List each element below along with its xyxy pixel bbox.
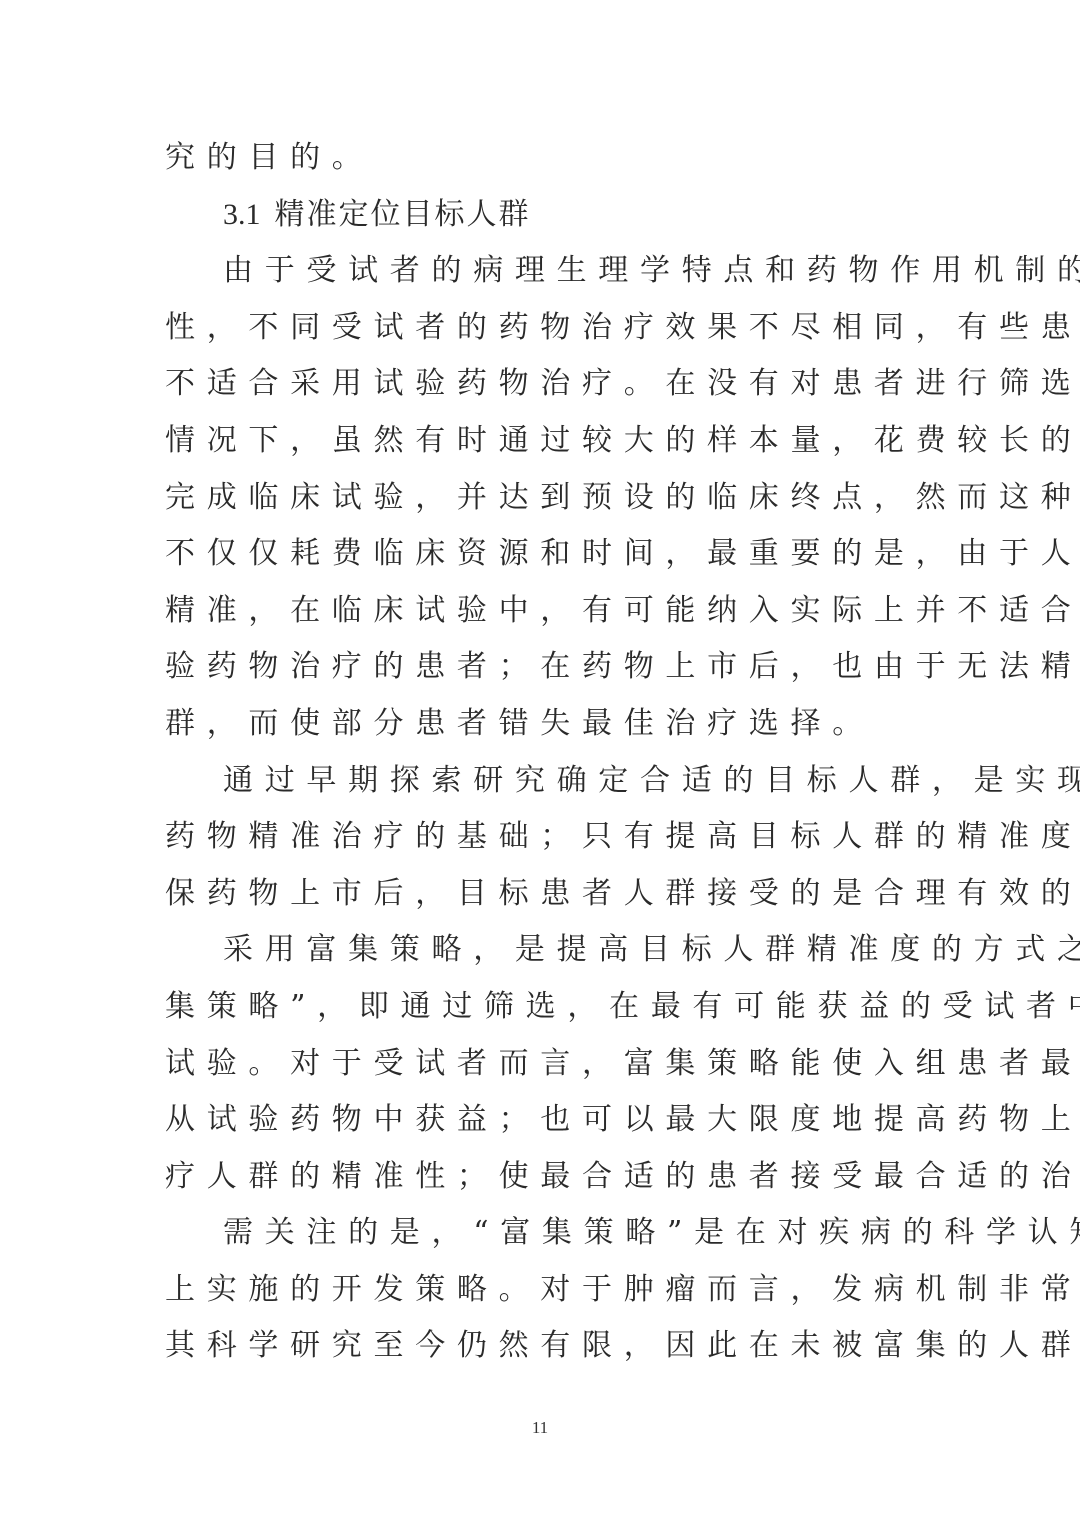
body-line: 验药物治疗的患者；在药物上市后，也由于无法精准定位人 <box>165 639 917 696</box>
body-line: 疗人群的精准性；使最合适的患者接受最合适的治疗。 <box>165 1149 917 1206</box>
section-number: 3.1 <box>223 198 261 231</box>
body-line: 精准，在临床试验中，有可能纳入实际上并不适合采用该试 <box>165 583 917 640</box>
body-line: 究的目的。 <box>165 130 917 187</box>
section-heading: 3.1精准定位目标人群 <box>165 187 917 244</box>
document-page: 究的目的。 3.1精准定位目标人群 由于受试者的病理生理学特点和药物作用机制的复… <box>165 130 917 1375</box>
body-line: 不仅仅耗费临床资源和时间，最重要的是，由于人群定位不 <box>165 526 917 583</box>
body-line: 上实施的开发策略。对于肿瘤而言，发病机制非常复杂，对 <box>165 1262 917 1319</box>
body-line: 从试验药物中获益；也可以最大限度地提高药物上市后，治 <box>165 1092 917 1149</box>
body-line: 完成临床试验，并达到预设的临床终点，然而这种研发策略， <box>165 470 917 527</box>
body-line: 群，而使部分患者错失最佳治疗选择。 <box>165 696 917 753</box>
body-line: 保药物上市后，目标患者人群接受的是合理有效的治疗。 <box>165 866 917 923</box>
body-line: 试验。对于受试者而言，富集策略能使入组患者最大可能地 <box>165 1036 917 1093</box>
body-line: 集策略”，即通过筛选，在最有可能获益的受试者中开展临床 <box>165 979 917 1036</box>
page-number: 11 <box>0 1418 1080 1438</box>
section-title: 精准定位目标人群 <box>275 197 531 232</box>
paragraph-first-line: 需关注的是，“富集策略”是在对疾病的科学认知的基础 <box>165 1205 917 1262</box>
body-line: 性，不同受试者的药物治疗效果不尽相同，有些患者可能并 <box>165 300 917 357</box>
body-line: 情况下，虽然有时通过较大的样本量，花费较长的时间可以 <box>165 413 917 470</box>
body-line: 其科学研究至今仍然有限，因此在未被富集的人群中，并不 <box>165 1318 917 1375</box>
body-line: 不适合采用试验药物治疗。在没有对患者进行筛选和区分的 <box>165 356 917 413</box>
paragraph-first-line: 由于受试者的病理生理学特点和药物作用机制的复杂 <box>165 243 917 300</box>
paragraph-first-line: 通过早期探索研究确定合适的目标人群，是实现抗肿瘤 <box>165 753 917 810</box>
body-line: 药物精准治疗的基础；只有提高目标人群的精准度，才能确 <box>165 809 917 866</box>
paragraph-first-line: 采用富集策略，是提高目标人群精准度的方式之一。“富 <box>165 922 917 979</box>
